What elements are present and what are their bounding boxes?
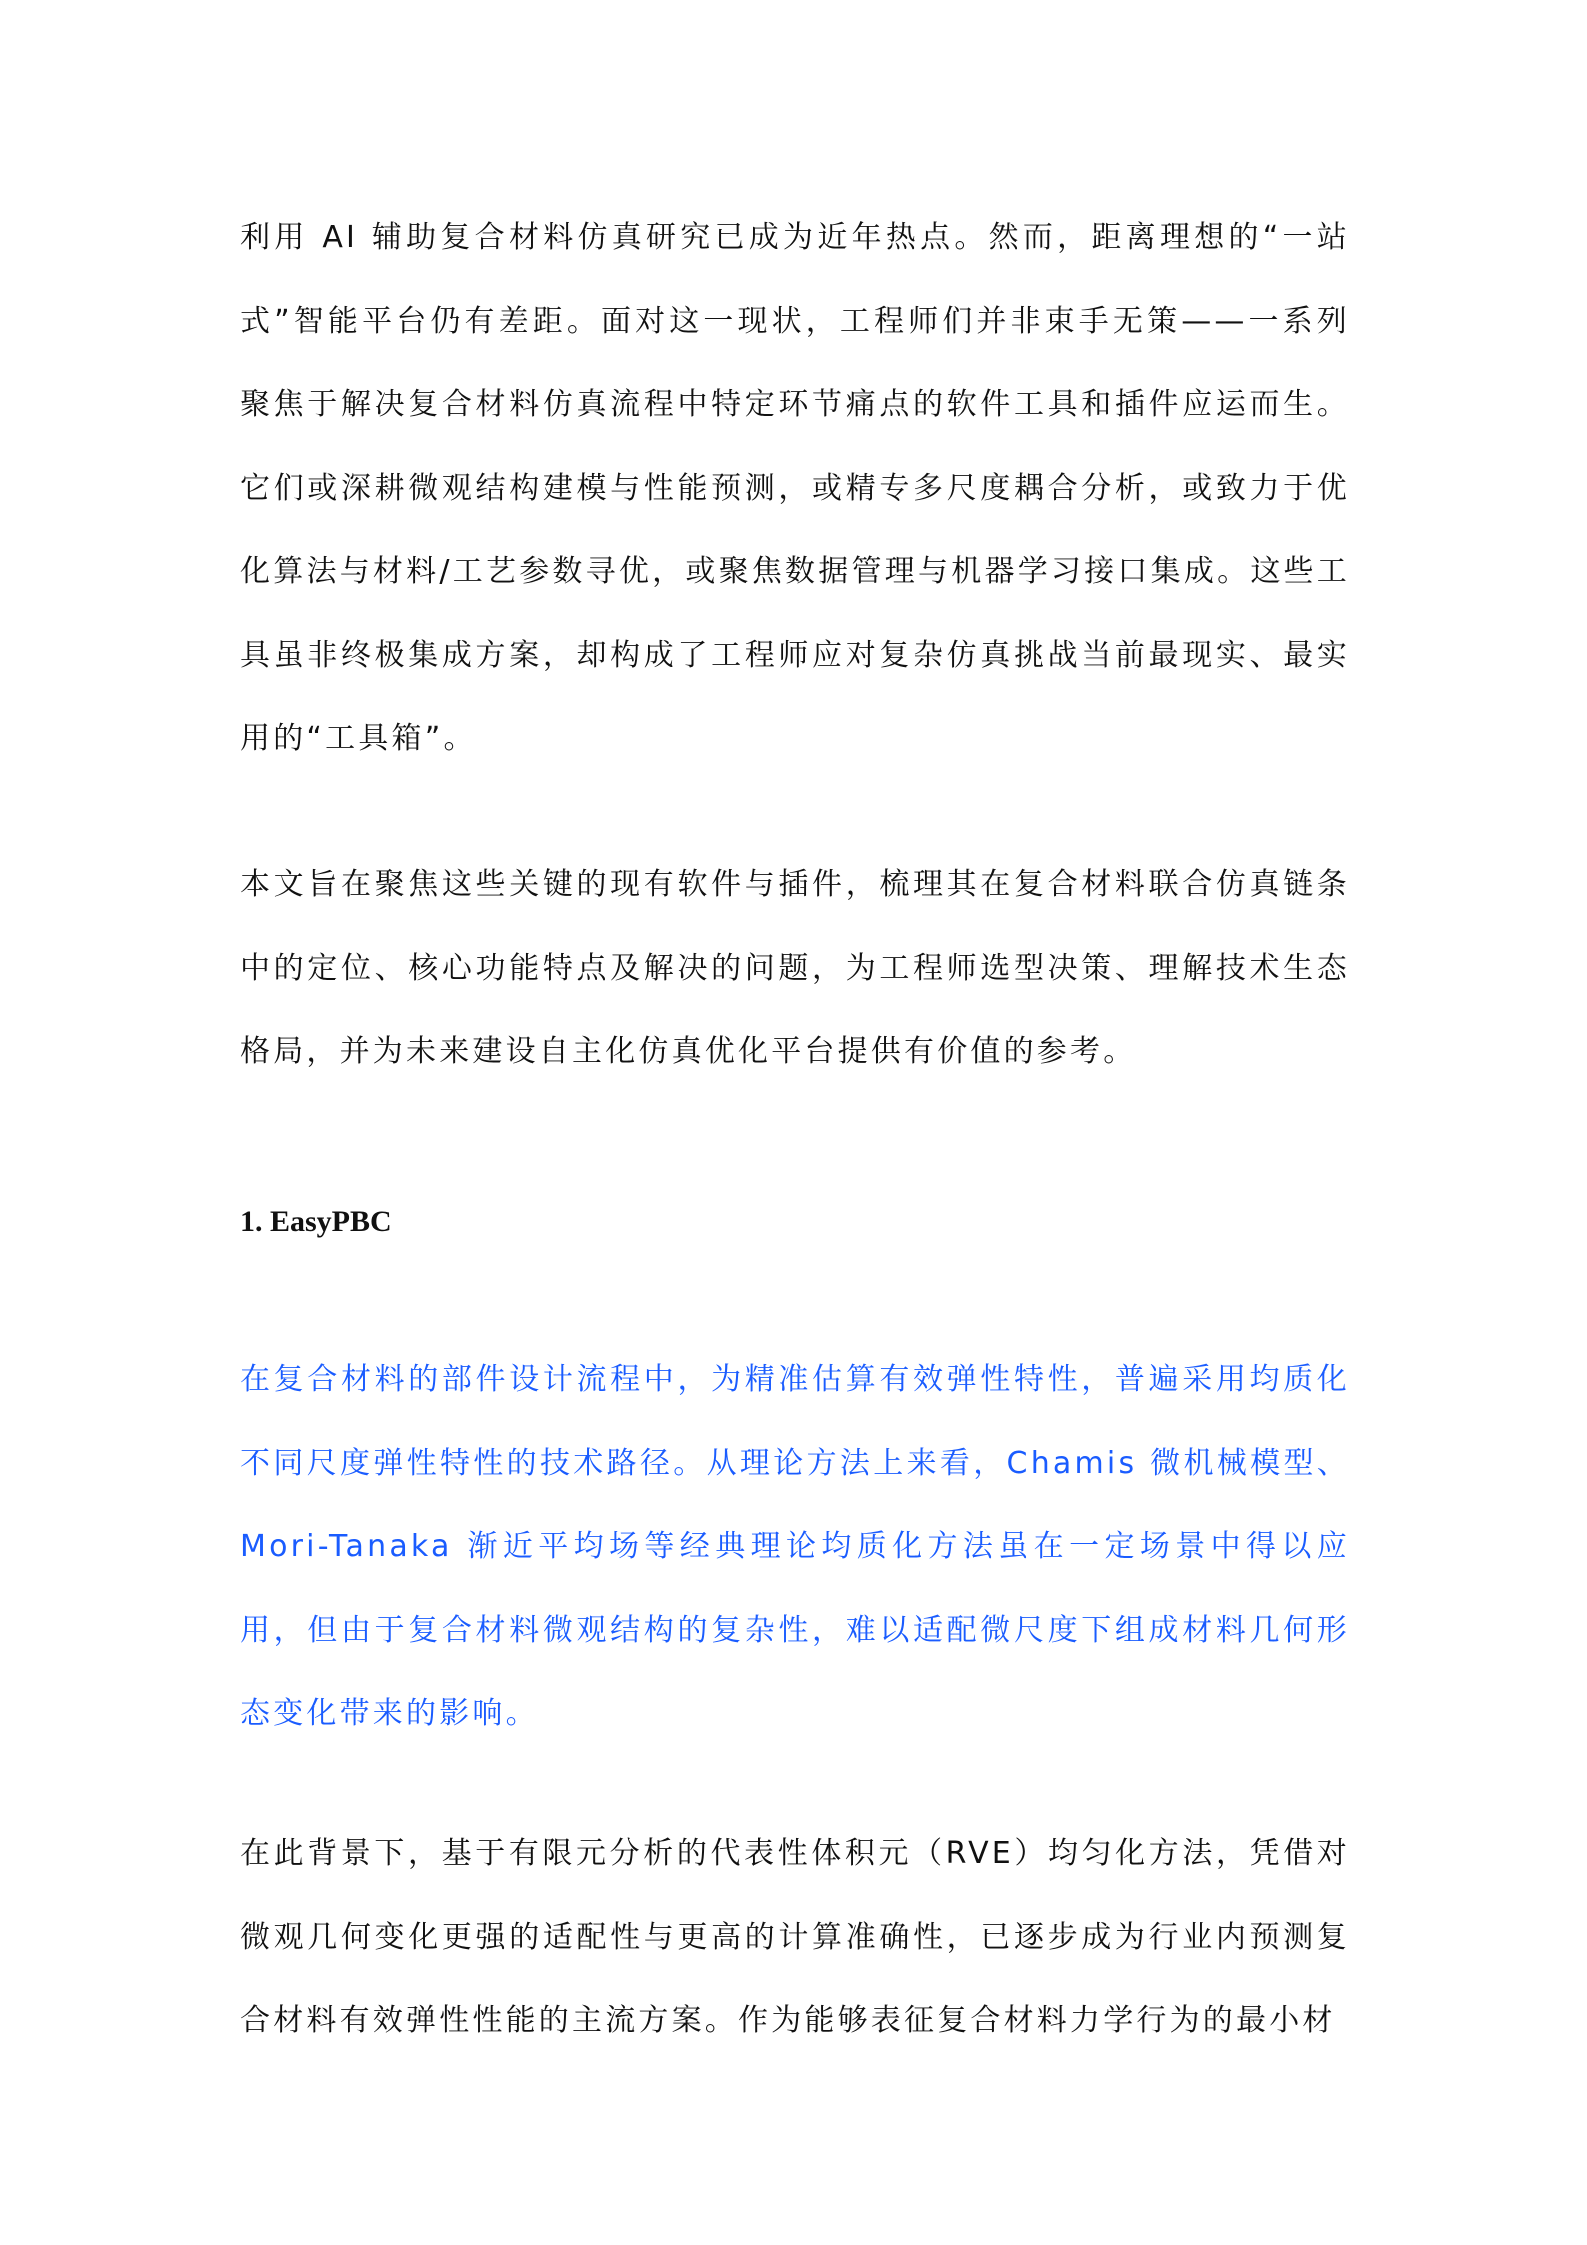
easypbc-paragraph-highlighted: 在复合材料的部件设计流程中，为精准估算有效弹性特性，普遍采用均质化不同尺度弹性特… <box>240 1338 1350 1756</box>
easypbc-paragraph-2: 在此背景下，基于有限元分析的代表性体积元（RVE）均匀化方法，凭借对微观几何变化… <box>240 1812 1350 2063</box>
section-heading-easypbc: 1. EasyPBC <box>240 1205 392 1239</box>
intro-paragraph-1: 利用 AI 辅助复合材料仿真研究已成为近年热点。然而，距离理想的“一站式”智能平… <box>240 196 1350 781</box>
intro-paragraph-2: 本文旨在聚焦这些关键的现有软件与插件，梳理其在复合材料联合仿真链条中的定位、核心… <box>240 843 1350 1094</box>
